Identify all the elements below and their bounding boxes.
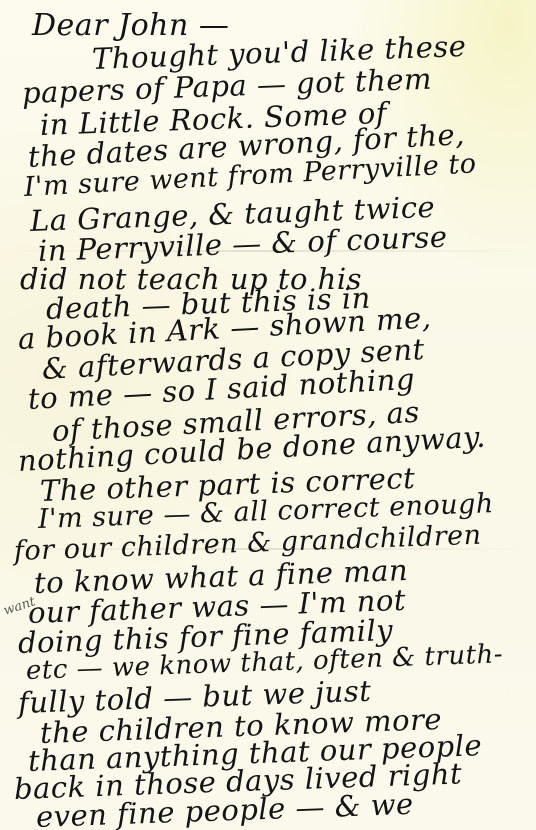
letter-page: Dear John — Thought you'd like these pap… [0,0,536,830]
